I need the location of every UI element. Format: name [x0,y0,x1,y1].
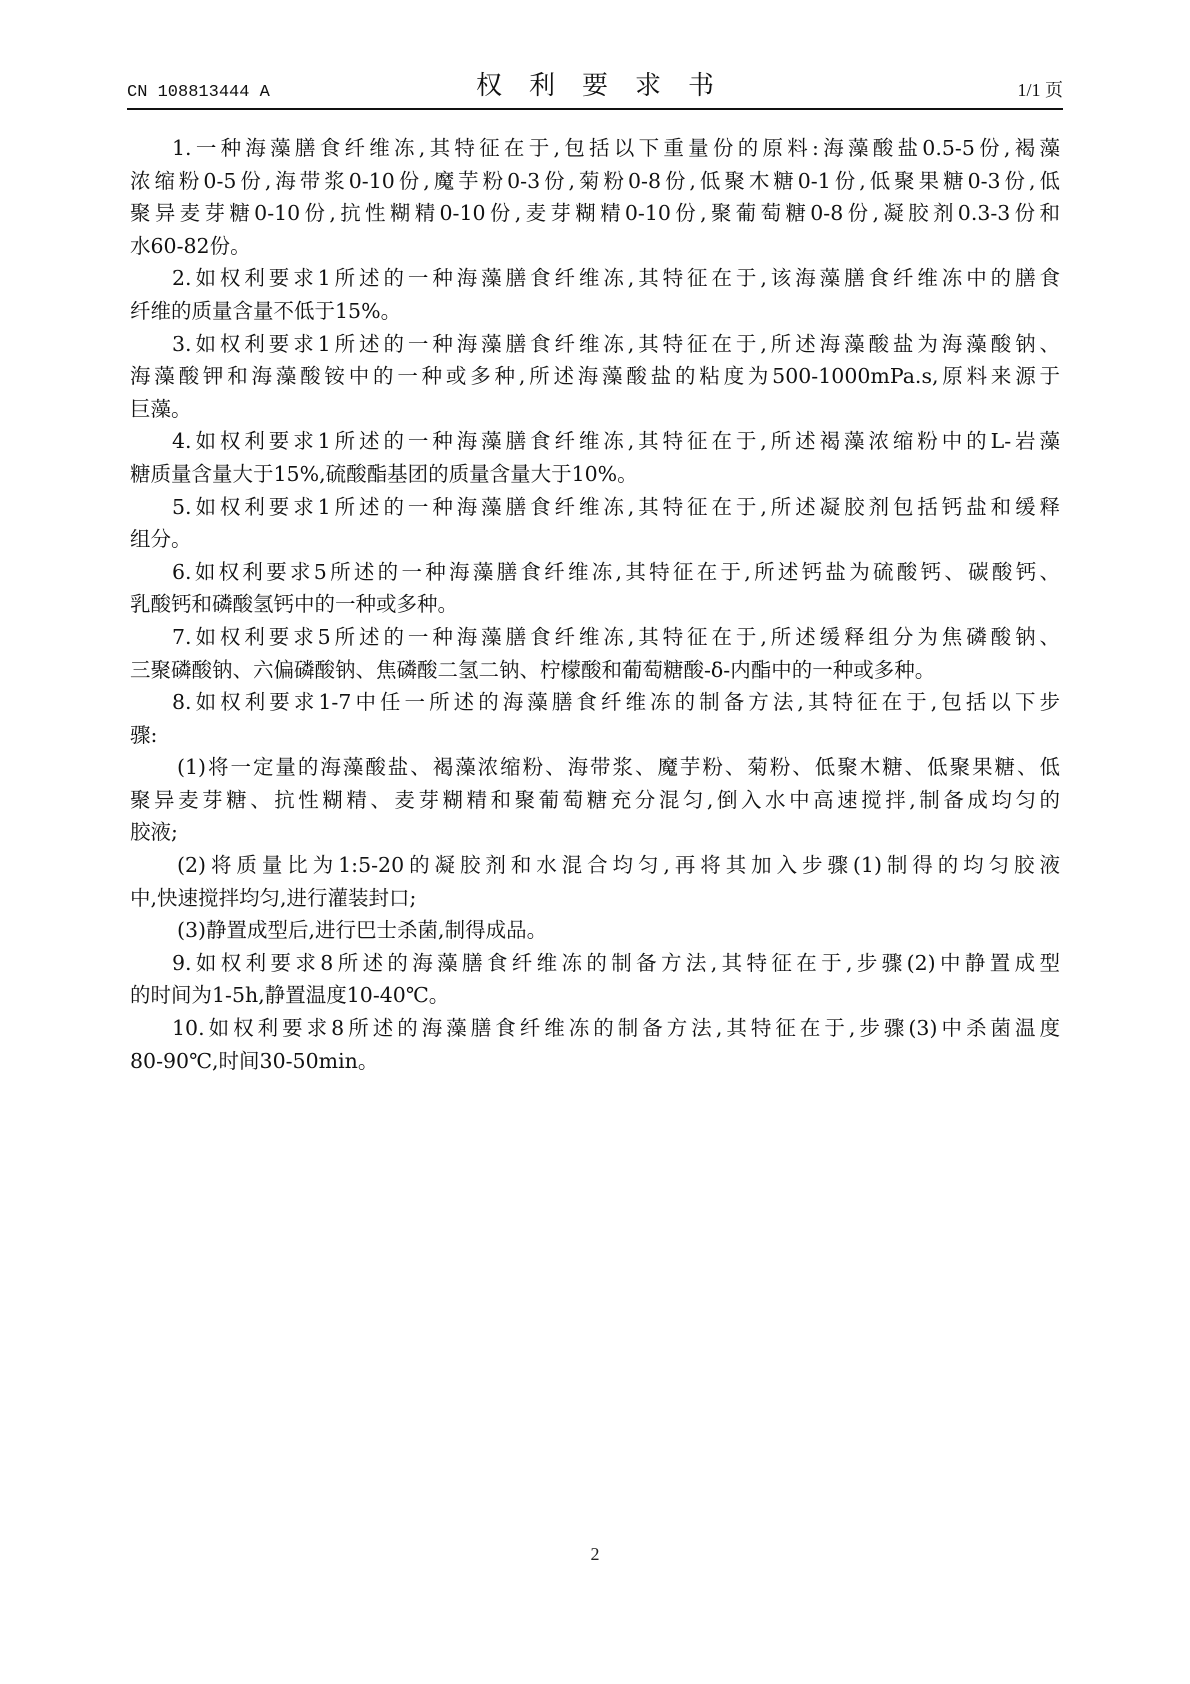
claim-line: 纤维的质量含量不低于15%。 [130,295,1060,328]
claim-line: 糖质量含量大于15%,硫酸酯基团的质量含量大于10%。 [130,458,1060,491]
claim-2: 2.如权利要求1所述的一种海藻膳食纤维冻,其特征在于,该海藻膳食纤维冻中的膳食 … [130,262,1060,327]
claim-3: 3.如权利要求1所述的一种海藻膳食纤维冻,其特征在于,所述海藻酸盐为海藻酸钠、 … [130,328,1060,426]
claim-line: 7.如权利要求5所述的一种海藻膳食纤维冻,其特征在于,所述缓释组分为焦磷酸钠、 [130,621,1060,654]
step-line: (3)静置成型后,进行巴士杀菌,制得成品。 [130,914,1060,947]
claim-line: 8.如权利要求1-7中任一所述的海藻膳食纤维冻的制备方法,其特征在于,包括以下步 [130,686,1060,719]
claim-line: 6.如权利要求5所述的一种海藻膳食纤维冻,其特征在于,所述钙盐为硫酸钙、碳酸钙、 [130,556,1060,589]
step-line: 中,快速搅拌均匀,进行灌装封口; [130,882,1060,915]
claim-10: 10.如权利要求8所述的海藻膳食纤维冻的制备方法,其特征在于,步骤(3)中杀菌温… [130,1012,1060,1077]
claim-line: 聚异麦芽糖0-10份,抗性糊精0-10份,麦芽糊精0-10份,聚葡萄糖0-8份,… [130,197,1060,230]
claim-8: 8.如权利要求1-7中任一所述的海藻膳食纤维冻的制备方法,其特征在于,包括以下步… [130,686,1060,947]
claim-line: 4.如权利要求1所述的一种海藻膳食纤维冻,其特征在于,所述褐藻浓缩粉中的L-岩藻 [130,425,1060,458]
claim-line: 9.如权利要求8所述的海藻膳食纤维冻的制备方法,其特征在于,步骤(2)中静置成型 [130,947,1060,980]
claim-line: 组分。 [130,523,1060,556]
page-header: CN 108813444 A 权利要求书 1/1 页 [127,70,1063,110]
claim-line: 5.如权利要求1所述的一种海藻膳食纤维冻,其特征在于,所述凝胶剂包括钙盐和缓释 [130,491,1060,524]
claim-line: 乳酸钙和磷酸氢钙中的一种或多种。 [130,588,1060,621]
claim-4: 4.如权利要求1所述的一种海藻膳食纤维冻,其特征在于,所述褐藻浓缩粉中的L-岩藻… [130,425,1060,490]
document-title: 权利要求书 [127,70,1063,102]
claim-line: 骤: [130,719,1060,752]
claim-line: 巨藻。 [130,393,1060,426]
claim-line: 三聚磷酸钠、六偏磷酸钠、焦磷酸二氢二钠、柠檬酸和葡萄糖酸-δ-内酯中的一种或多种… [130,654,1060,687]
claim-line: 水60-82份。 [130,230,1060,263]
step-line: 胶液; [130,816,1060,849]
claim-9: 9.如权利要求8所述的海藻膳食纤维冻的制备方法,其特征在于,步骤(2)中静置成型… [130,947,1060,1012]
claims-body: 1.一种海藻膳食纤维冻,其特征在于,包括以下重量份的原料:海藻酸盐0.5-5份,… [130,132,1060,1077]
step-line: (1)将一定量的海藻酸盐、褐藻浓缩粉、海带浆、魔芋粉、菊粉、低聚木糖、低聚果糖、… [130,751,1060,784]
page-number: 2 [0,1544,1190,1565]
claim-line: 浓缩粉0-5份,海带浆0-10份,魔芋粉0-3份,菊粉0-8份,低聚木糖0-1份… [130,165,1060,198]
claim-line: 10.如权利要求8所述的海藻膳食纤维冻的制备方法,其特征在于,步骤(3)中杀菌温… [130,1012,1060,1045]
claim-line: 3.如权利要求1所述的一种海藻膳食纤维冻,其特征在于,所述海藻酸盐为海藻酸钠、 [130,328,1060,361]
step-line: 聚异麦芽糖、抗性糊精、麦芽糊精和聚葡萄糖充分混匀,倒入水中高速搅拌,制备成均匀的 [130,784,1060,817]
claim-line: 的时间为1-5h,静置温度10-40℃。 [130,979,1060,1012]
step-line: (2)将质量比为1:5-20的凝胶剂和水混合均匀,再将其加入步骤(1)制得的均匀… [130,849,1060,882]
claim-line: 80-90℃,时间30-50min。 [130,1045,1060,1078]
claim-line: 2.如权利要求1所述的一种海藻膳食纤维冻,其特征在于,该海藻膳食纤维冻中的膳食 [130,262,1060,295]
claim-6: 6.如权利要求5所述的一种海藻膳食纤维冻,其特征在于,所述钙盐为硫酸钙、碳酸钙、… [130,556,1060,621]
claim-8-step-2: (2)将质量比为1:5-20的凝胶剂和水混合均匀,再将其加入步骤(1)制得的均匀… [130,849,1060,914]
claim-8-step-3: (3)静置成型后,进行巴士杀菌,制得成品。 [130,914,1060,947]
claim-1: 1.一种海藻膳食纤维冻,其特征在于,包括以下重量份的原料:海藻酸盐0.5-5份,… [130,132,1060,262]
claim-line: 1.一种海藻膳食纤维冻,其特征在于,包括以下重量份的原料:海藻酸盐0.5-5份,… [130,132,1060,165]
page-count: 1/1 页 [1017,76,1063,102]
claim-7: 7.如权利要求5所述的一种海藻膳食纤维冻,其特征在于,所述缓释组分为焦磷酸钠、 … [130,621,1060,686]
claim-8-step-1: (1)将一定量的海藻酸盐、褐藻浓缩粉、海带浆、魔芋粉、菊粉、低聚木糖、低聚果糖、… [130,751,1060,849]
claim-line: 海藻酸钾和海藻酸铵中的一种或多种,所述海藻酸盐的粘度为500-1000mPa.s… [130,360,1060,393]
claim-5: 5.如权利要求1所述的一种海藻膳食纤维冻,其特征在于,所述凝胶剂包括钙盐和缓释 … [130,491,1060,556]
